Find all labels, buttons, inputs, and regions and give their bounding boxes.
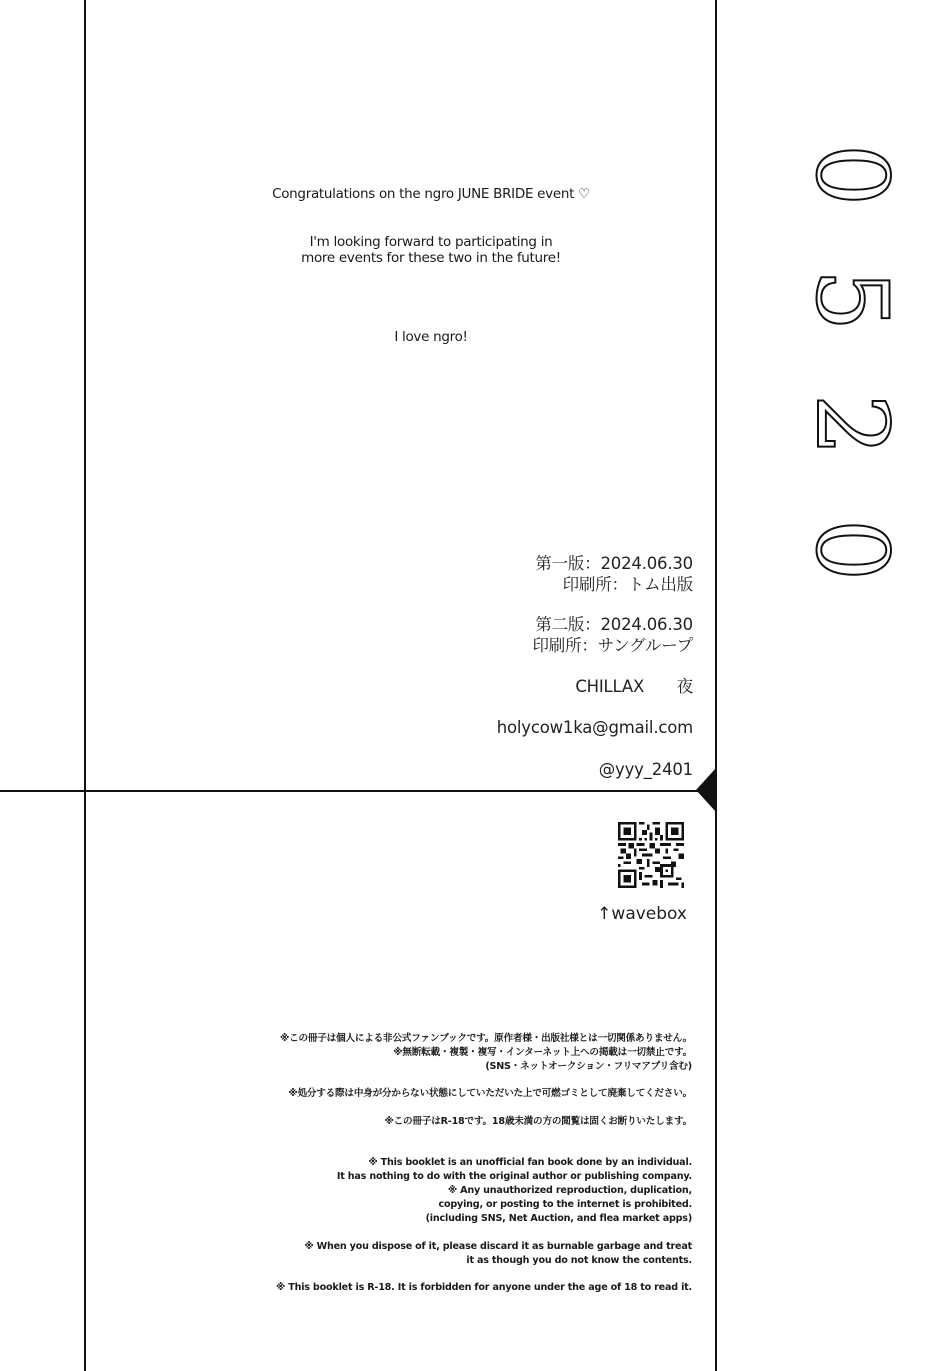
- notice-ja-line: ※処分する際は中身が分からない状態にしていただいた上で可燃ゴミとして廃棄してくだ…: [288, 1087, 692, 1101]
- second-edition-date: 第二版：2024.06.30: [532, 614, 693, 635]
- side-digit: 0: [806, 505, 896, 595]
- frame-right-line: [715, 0, 717, 1371]
- side-digit: 5: [806, 255, 896, 345]
- side-digit: 2: [806, 380, 896, 470]
- message-line-3: I love ngro!: [86, 328, 776, 346]
- notice-en-line: copying, or posting to the internet is p…: [337, 1198, 692, 1212]
- colophon-first-edition: 第一版：2024.06.30 印刷所：トム出版: [535, 553, 693, 595]
- notice-en-line: it as though you do not know the content…: [304, 1254, 692, 1268]
- notice-en-line: ※ Any unauthorized reproduction, duplica…: [337, 1184, 692, 1198]
- qr-code-icon[interactable]: [618, 822, 684, 888]
- triangle-marker-icon: [696, 768, 716, 812]
- social-handle[interactable]: @yyy_2401: [599, 759, 693, 780]
- first-edition-printer: 印刷所：トム出版: [535, 574, 693, 595]
- notice-ja-line: (SNS・ネットオークション・フリマアプリ含む): [280, 1060, 692, 1074]
- message-line-1: Congratulations on the ngro JUNE BRIDE e…: [86, 185, 776, 203]
- notice-en-block-1: ※ This booklet is an unofficial fan book…: [337, 1156, 692, 1226]
- colophon-second-edition: 第二版：2024.06.30 印刷所：サングループ: [532, 614, 693, 656]
- notice-ja-block-1: ※この冊子は個人による非公式ファンブックです。原作者様・出版社様とは一切関係あり…: [280, 1032, 692, 1074]
- notice-en-line: It has nothing to do with the original a…: [337, 1170, 692, 1184]
- first-edition-date: 第一版：2024.06.30: [535, 553, 693, 574]
- contact-email[interactable]: holycow1ka@gmail.com: [497, 717, 693, 738]
- second-edition-printer: 印刷所：サングループ: [532, 635, 693, 656]
- notice-en-line: ※ This booklet is an unofficial fan book…: [337, 1156, 692, 1170]
- notice-en-line: (including SNS, Net Auction, and flea ma…: [337, 1212, 692, 1226]
- wavebox-caption: ↑wavebox: [597, 904, 687, 924]
- frame-horizontal-line: [0, 790, 700, 792]
- notice-en-line: ※ This booklet is R-18. It is forbidden …: [276, 1281, 692, 1295]
- notice-en-line: ※ When you dispose of it, please discard…: [304, 1240, 692, 1254]
- notice-en-block-2: ※ When you dispose of it, please discard…: [304, 1240, 692, 1268]
- circle-author: CHILLAX 夜: [575, 676, 693, 697]
- message-line-2b: more events for these two in the future!: [86, 249, 776, 267]
- notice-ja-line: ※無断転載・複製・複写・インターネット上への掲載は一切禁止です。: [280, 1046, 692, 1060]
- notice-ja-line: ※この冊子はR-18です。18歳未満の方の閲覧は固くお断りいたします。: [385, 1115, 693, 1129]
- side-digit: 0: [806, 130, 896, 220]
- frame-left-line: [84, 0, 86, 1371]
- notice-ja-line: ※この冊子は個人による非公式ファンブックです。原作者様・出版社様とは一切関係あり…: [280, 1032, 692, 1046]
